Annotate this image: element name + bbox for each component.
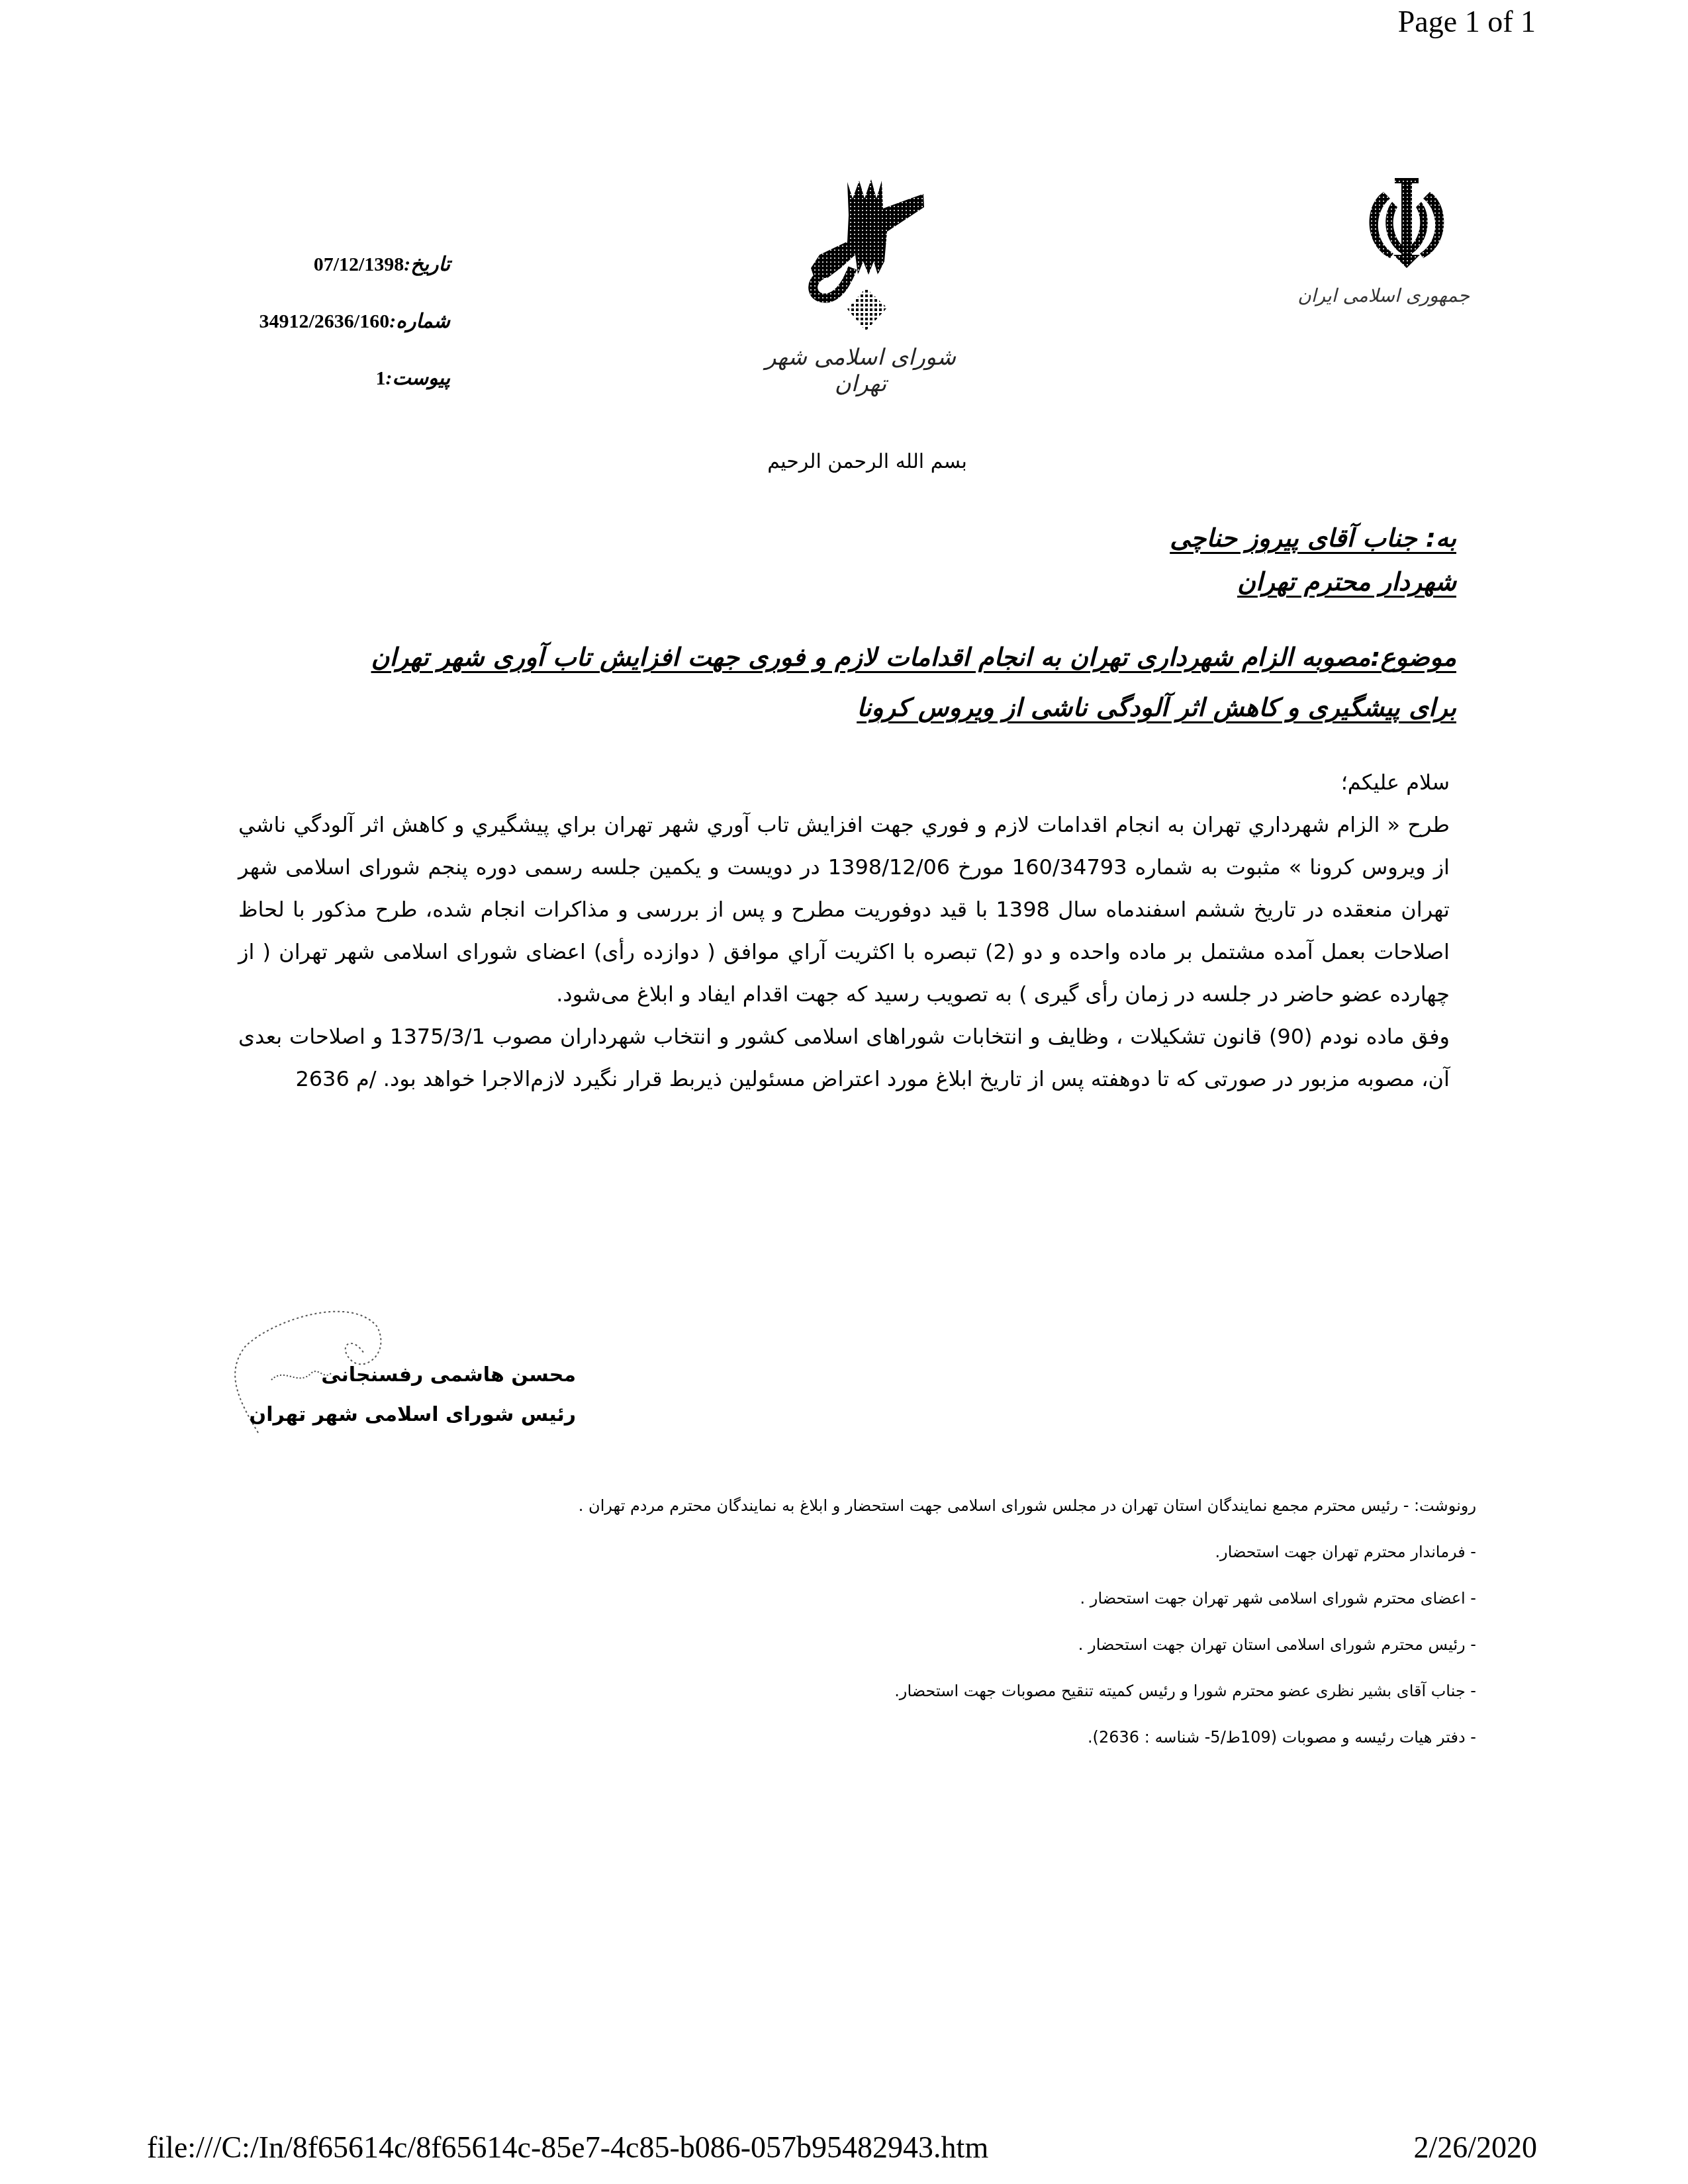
meta-attachment-value: 1 [376, 367, 386, 389]
print-date: 2/26/2020 [1413, 2130, 1537, 2165]
meta-number-label: شماره: [389, 310, 450, 332]
meta-attachment-label: پیوست: [386, 367, 451, 389]
cc-item: - رئیس محترم شورای اسلامی استان تهران جه… [444, 1621, 1476, 1668]
meta-number: شماره:34912/2636/160 [225, 308, 450, 335]
addressee-name: به: جناب آقای پیروز حناچی [1170, 523, 1456, 553]
cc-item: رونوشت: - رئیس محترم مجمع نمایندگان استا… [444, 1482, 1476, 1529]
meta-number-value: 34912/2636/160 [259, 310, 390, 332]
subject: موضوع:مصوبه الزام شهرداری تهران به انجام… [318, 632, 1456, 733]
body-paragraph-2: وفق ماده نودم (90) قانون تشکیلات ، وظایف… [238, 1015, 1450, 1100]
council-name-calligraphy: شورای اسلامی شهر تهران [741, 344, 980, 397]
meta-attachment: پیوست:1 [225, 365, 450, 392]
country-name-calligraphy: جمهوری اسلامی ایران [1297, 285, 1470, 306]
cc-item: - فرماندار محترم تهران جهت استحضار. [444, 1529, 1476, 1575]
addressee-title: شهردار محترم تهران [1237, 567, 1456, 596]
meta-date-value: 07/12/1398 [314, 253, 404, 275]
cc-label: رونوشت: [1414, 1496, 1476, 1515]
signatory-name: محسن هاشمی رفسنجانی [321, 1363, 576, 1387]
greeting: سلام علیکم؛ [238, 761, 1450, 803]
iran-emblem-icon [1354, 175, 1460, 271]
signatory-title: رئیس شورای اسلامی شهر تهران [250, 1403, 576, 1426]
cc-list: رونوشت: - رئیس محترم مجمع نمایندگان استا… [444, 1482, 1476, 1760]
tehran-council-logo-icon [781, 169, 947, 341]
basmala: بسم الله الرحمن الرحیم [596, 450, 1139, 473]
cc-item: - اعضای محترم شورای اسلامی شهر تهران جهت… [444, 1575, 1476, 1621]
subject-line-1: موضوع:مصوبه الزام شهرداری تهران به انجام… [371, 643, 1457, 672]
letter-meta: تاریخ:07/12/1398 شماره:34912/2636/160 پی… [225, 251, 450, 422]
print-page-number: Page 1 of 1 [1398, 4, 1536, 39]
letter-body: سلام علیکم؛ طرح « الزام شهرداري تهران به… [238, 761, 1450, 1100]
subject-line-2: برای پیشگیری و کاهش اثر آلودگی ناشی از و… [857, 693, 1456, 722]
cc-item: - دفتر هیات رئیسه و مصوبات (109ط/5- شناس… [444, 1714, 1476, 1760]
meta-date: تاریخ:07/12/1398 [225, 251, 450, 278]
addressee: به: جناب آقای پیروز حناچی شهردار محترم ت… [1170, 516, 1456, 604]
meta-date-label: تاریخ: [404, 253, 450, 275]
cc-item: - جناب آقای بشیر نظری عضو محترم شورا و ر… [444, 1668, 1476, 1714]
body-paragraph-1: طرح « الزام شهرداري تهران به انجام اقدام… [238, 803, 1450, 1015]
print-url: file:///C:/In/8f65614c/8f65614c-85e7-4c8… [147, 2130, 988, 2165]
signature-block: محسن هاشمی رفسنجانی رئیس شورای اسلامی شه… [218, 1281, 589, 1439]
